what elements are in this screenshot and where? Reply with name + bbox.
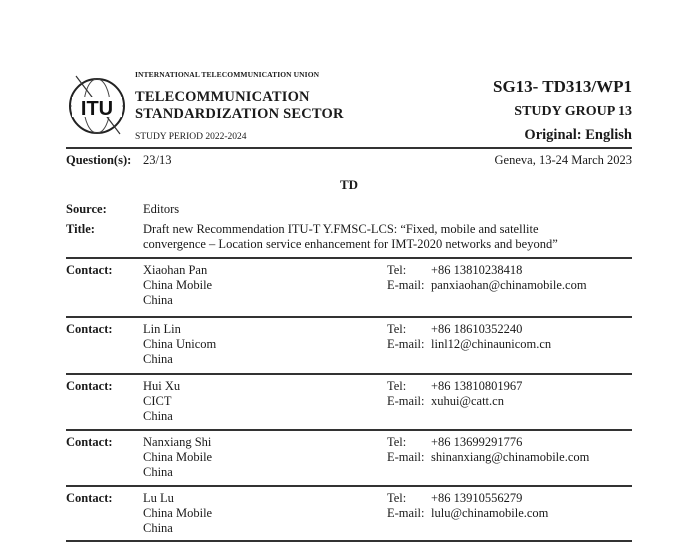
email-link[interactable]: panxiaohan@chinamobile.com xyxy=(431,278,587,292)
contact-org: China Mobile xyxy=(143,450,212,465)
contact-block: Contact: Lu Lu China Mobile China Tel:+8… xyxy=(66,488,632,544)
contact-divider xyxy=(66,429,632,431)
contact-org: China Mobile xyxy=(143,278,212,293)
location-date: Geneva, 13-24 March 2023 xyxy=(495,153,632,168)
source-label: Source: xyxy=(66,202,107,217)
contact-person: Hui Xu CICT China xyxy=(143,379,180,424)
contact-person: Nanxiang Shi China Mobile China xyxy=(143,435,212,480)
org-name-small: INTERNATIONAL TELECOMMUNICATION UNION xyxy=(135,70,319,79)
sector-name: TELECOMMUNICATION STANDARDIZATION SECTOR xyxy=(135,89,344,123)
contact-label: Contact: xyxy=(66,379,113,394)
contact-name: Xiaohan Pan xyxy=(143,263,212,278)
contact-details: Tel:+86 13910556279 E-mail:lulu@chinamob… xyxy=(387,491,548,521)
title-line-1: Draft new Recommendation ITU-T Y.FMSC-LC… xyxy=(143,222,633,237)
tel-value: +86 13810801967 xyxy=(431,379,522,393)
title-label: Title: xyxy=(66,222,95,237)
sector-name-line2: STANDARDIZATION SECTOR xyxy=(135,106,344,123)
email-label: E-mail: xyxy=(387,278,431,293)
email-label: E-mail: xyxy=(387,337,431,352)
contact-name: Lin Lin xyxy=(143,322,216,337)
contact-divider xyxy=(66,485,632,487)
study-period: STUDY PERIOD 2022-2024 xyxy=(135,132,247,142)
sector-name-line1: TELECOMMUNICATION xyxy=(135,89,344,106)
question-label: Question(s): xyxy=(66,153,131,168)
contact-details: Tel:+86 13810801967 E-mail:xuhui@catt.cn xyxy=(387,379,522,409)
email-link[interactable]: shinanxiang@chinamobile.com xyxy=(431,450,589,464)
contact-label: Contact: xyxy=(66,322,113,337)
contact-country: China xyxy=(143,352,216,367)
email-link[interactable]: linl12@chinaunicom.cn xyxy=(431,337,551,351)
contact-name: Nanxiang Shi xyxy=(143,435,212,450)
contact-label: Contact: xyxy=(66,491,113,506)
document-number: SG13- TD313/WP1 xyxy=(493,77,632,97)
title-line-2: convergence – Location service enhanceme… xyxy=(143,237,633,252)
contact-country: China xyxy=(143,465,212,480)
title-value: Draft new Recommendation ITU-T Y.FMSC-LC… xyxy=(143,222,633,252)
contact-name: Lu Lu xyxy=(143,491,212,506)
tel-label: Tel: xyxy=(387,379,431,394)
tel-label: Tel: xyxy=(387,435,431,450)
contact-details: Tel:+86 13810238418 E-mail:panxiaohan@ch… xyxy=(387,263,587,293)
email-link[interactable]: lulu@chinamobile.com xyxy=(431,506,548,520)
original-language: Original: English xyxy=(524,127,632,144)
contact-block: Contact: Hui Xu CICT China Tel:+86 13810… xyxy=(66,376,632,432)
contact-org: China Unicom xyxy=(143,337,216,352)
contact-block: Contact: Xiaohan Pan China Mobile China … xyxy=(66,260,632,316)
contact-country: China xyxy=(143,521,212,536)
contact-divider xyxy=(66,540,632,542)
contact-person: Lin Lin China Unicom China xyxy=(143,322,216,367)
contact-details: Tel:+86 18610352240 E-mail:linl12@chinau… xyxy=(387,322,551,352)
study-group: STUDY GROUP 13 xyxy=(514,104,632,120)
contact-label: Contact: xyxy=(66,435,113,450)
contact-label: Contact: xyxy=(66,263,113,278)
document-type: TD xyxy=(66,177,632,193)
svg-text:ITU: ITU xyxy=(81,98,113,120)
contact-person: Lu Lu China Mobile China xyxy=(143,491,212,536)
email-label: E-mail: xyxy=(387,506,431,521)
contact-org: China Mobile xyxy=(143,506,212,521)
contact-block: Contact: Lin Lin China Unicom China Tel:… xyxy=(66,319,632,375)
question-value: 23/13 xyxy=(143,153,171,168)
contact-divider xyxy=(66,316,632,318)
document-header: ITU INTERNATIONAL TELECOMMUNICATION UNIO… xyxy=(66,66,632,146)
contact-org: CICT xyxy=(143,394,180,409)
contact-country: China xyxy=(143,293,212,308)
contact-name: Hui Xu xyxy=(143,379,180,394)
itu-globe-logo-icon: ITU xyxy=(66,74,128,136)
tel-value: +86 18610352240 xyxy=(431,322,522,336)
tel-label: Tel: xyxy=(387,263,431,278)
tel-value: +86 13910556279 xyxy=(431,491,522,505)
tel-value: +86 13699291776 xyxy=(431,435,522,449)
header-divider xyxy=(66,147,632,149)
email-label: E-mail: xyxy=(387,394,431,409)
contact-block: Contact: Nanxiang Shi China Mobile China… xyxy=(66,432,632,488)
contact-details: Tel:+86 13699291776 E-mail:shinanxiang@c… xyxy=(387,435,589,465)
title-divider xyxy=(66,257,632,259)
contact-country: China xyxy=(143,409,180,424)
tel-value: +86 13810238418 xyxy=(431,263,522,277)
tel-label: Tel: xyxy=(387,322,431,337)
tel-label: Tel: xyxy=(387,491,431,506)
source-value: Editors xyxy=(143,202,179,217)
contact-person: Xiaohan Pan China Mobile China xyxy=(143,263,212,308)
email-link[interactable]: xuhui@catt.cn xyxy=(431,394,504,408)
contact-divider xyxy=(66,373,632,375)
email-label: E-mail: xyxy=(387,450,431,465)
